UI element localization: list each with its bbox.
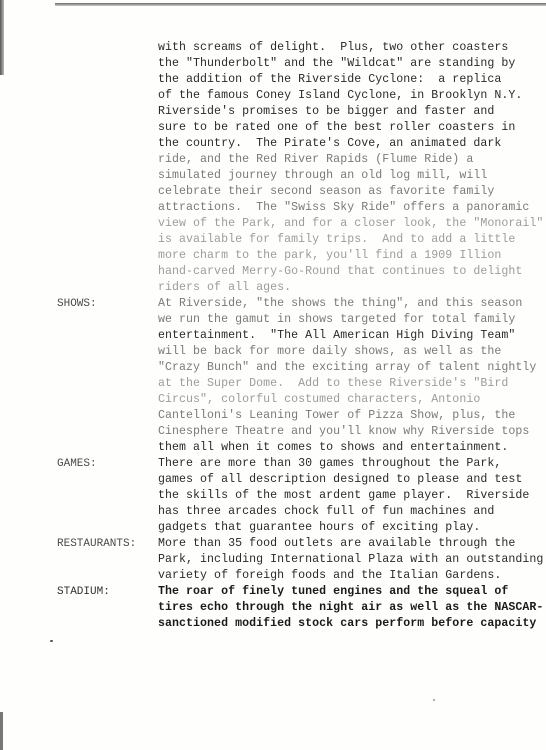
text-line: Riverside's promises to be bigger and fa… <box>158 104 494 120</box>
text-line: "Crazy Bunch" and the exciting array of … <box>158 360 536 376</box>
text-line: is available for family trips. And to ad… <box>158 232 515 248</box>
text-line: variety of foreigh foods and the Italian… <box>158 568 501 584</box>
text-line: celebrate their second season as favorit… <box>158 184 494 200</box>
text-line: the "Thunderbolt" and the "Wildcat" are … <box>158 56 515 72</box>
text-line: we run the gamut in shows targeted for t… <box>158 312 515 328</box>
text-line: at the Super Dome. Add to these Riversid… <box>158 376 508 392</box>
text-line: Cantelloni's Leaning Tower of Pizza Show… <box>158 408 515 424</box>
text-line: has three arcades chock full of fun mach… <box>158 504 494 520</box>
text-line: with screams of delight. Plus, two other… <box>158 40 508 56</box>
text-line: attractions. The "Swiss Sky Ride" offers… <box>158 200 529 216</box>
section-label-restaurants: RESTAURANTS: <box>57 536 136 552</box>
text-line: Circus", colorful costumed characters, A… <box>158 392 480 408</box>
text-line: More than 35 food outlets are available … <box>158 536 515 552</box>
section-label-games: GAMES: <box>57 456 97 472</box>
text-line: the country. The Pirate's Cove, an anima… <box>158 136 501 152</box>
text-line: ride, and the Red River Rapids (Flume Ri… <box>158 152 473 168</box>
text-line: games of all description designed to ple… <box>158 472 522 488</box>
text-line: At Riverside, "the shows the thing", and… <box>158 296 522 312</box>
section-label-stadium: STADIUM: <box>57 584 110 600</box>
document-page: with screams of delight. Plus, two other… <box>0 0 546 750</box>
text-line: the addition of the Riverside Cyclone: a… <box>158 72 501 88</box>
text-line: entertainment. "The All American High Di… <box>158 328 515 344</box>
text-line: the skills of the most ardent game playe… <box>158 488 529 504</box>
text-line: simulated journey through an old log mil… <box>158 168 487 184</box>
text-line: Cinesphere Theatre and you'll know why R… <box>158 424 529 440</box>
text-line: gadgets that guarantee hours of exciting… <box>158 520 480 536</box>
text-line: them all when it comes to shows and ente… <box>158 440 508 456</box>
text-line: There are more than 30 games throughout … <box>158 456 501 472</box>
text-line: sanctioned modified stock cars perform b… <box>158 616 536 632</box>
text-line: view of the Park, and for a closer look,… <box>158 216 543 232</box>
scan-speck <box>433 699 435 701</box>
text-line: hand-carved Merry-Go-Round that continue… <box>158 264 522 280</box>
text-line: sure to be rated one of the best roller … <box>158 120 515 136</box>
text-line: of the famous Coney Island Cyclone, in B… <box>158 88 522 104</box>
section-label-shows: SHOWS: <box>57 296 97 312</box>
text-line: riders of all ages. <box>158 280 291 296</box>
text-line: more charm to the park, you'll find a 19… <box>158 248 501 264</box>
scan-speck <box>50 640 53 642</box>
text-line: Park, including International Plaza with… <box>158 552 543 568</box>
text-line: will be back for more daily shows, as we… <box>158 344 501 360</box>
text-line: The roar of finely tuned engines and the… <box>158 584 508 600</box>
text-line: tires echo through the night air as well… <box>158 600 543 616</box>
